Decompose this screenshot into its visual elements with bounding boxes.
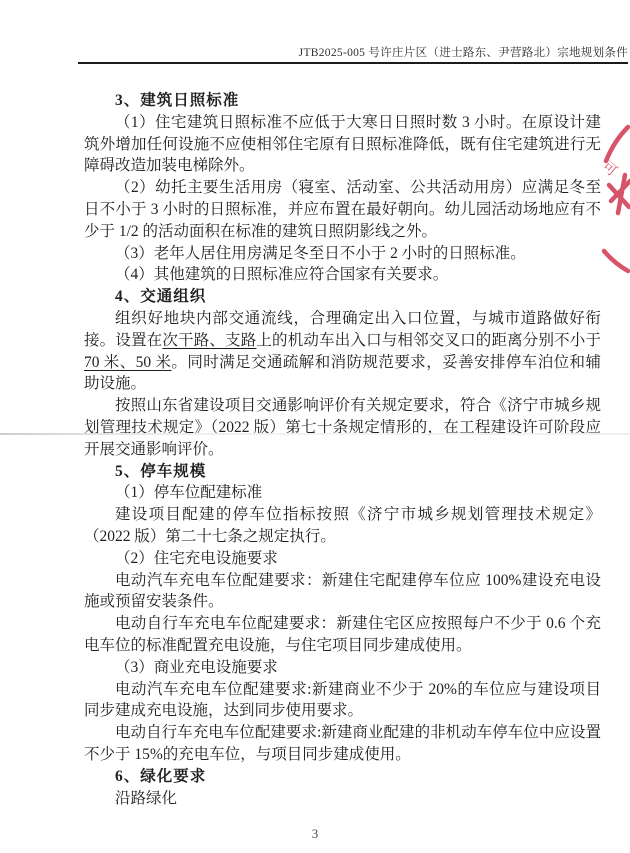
paragraph: （3）商业充电设施要求: [84, 657, 601, 679]
paragraph: 按照山东省建设项目交通影响评价有关规定要求，符合《济宁市城乡规划管理技术规定》（…: [84, 395, 601, 460]
paragraph: （1）停车位配建标准: [84, 482, 601, 504]
paragraph: 电动汽车充电车位配建要求：新建住宅配建停车位应 100%建设充电设施或预留安装条…: [84, 570, 601, 614]
seal-bottom-arc: [604, 251, 628, 271]
document-header-title: JTB2025-005 号许庄片区（进士路东、尹营路北）宗地规划条件: [80, 44, 628, 60]
section-heading: 5、停车规模: [84, 461, 601, 483]
paragraph: （3）老年人居住用房满足冬至日不小于 2 小时的日照标准。: [84, 243, 601, 265]
paragraph: （2）幼托主要生活用房（寝室、活动室、公共活动用房）应满足冬至日不小于 3 小时…: [84, 177, 601, 242]
section-heading: 6、绿化要求: [84, 766, 601, 788]
paragraph: 电动自行车充电车位配建要求：新建住宅区应按照每户不少于 0.6 个充电车位的标准…: [84, 613, 601, 657]
header-divider: [78, 62, 628, 64]
official-seal-icon: 可: [596, 115, 630, 285]
paragraph: 电动自行车充电车位配建要求:新建商业配建的非机动车停车位中应设置不少于 15%的…: [84, 722, 601, 766]
paragraph: （1）住宅建筑日照标准不应低于大寒日日照时数 3 小时。在原设计建筑外增加任何设…: [84, 112, 601, 177]
paragraph: （2）住宅充电设施要求: [84, 548, 601, 570]
document-body: 3、建筑日照标准（1）住宅建筑日照标准不应低于大寒日日照时数 3 小时。在原设计…: [84, 90, 601, 809]
document-page: JTB2025-005 号许庄片区（进士路东、尹营路北）宗地规划条件 可 3、建…: [0, 0, 630, 853]
underlined-text: 次干路、支路: [162, 332, 256, 349]
paragraph: 组织好地块内部交通流线，合理确定出入口位置，与城市道路做好衔接。设置在次干路、支…: [84, 308, 601, 395]
section-heading: 4、交通组织: [84, 286, 601, 308]
section-heading: 3、建筑日照标准: [84, 90, 601, 112]
page-number: 3: [0, 826, 630, 842]
paragraph: 电动汽车充电车位配建要求:新建商业不少于 20%的车位应与建设项目同步建成充电设…: [84, 679, 601, 723]
seal-glyph-text: 可: [599, 159, 620, 180]
seal-top-arc: [606, 127, 628, 161]
underlined-text: 70 米、50 米: [84, 354, 171, 371]
paragraph: 沿路绿化: [84, 788, 601, 810]
paragraph: 建设项目配建的停车位指标按照《济宁市城乡规划管理技术规定》（2022 版）第二十…: [84, 504, 601, 548]
paragraph: （4）其他建筑的日照标准应符合国家有关要求。: [84, 264, 601, 286]
scan-artifact-line: [0, 433, 630, 435]
